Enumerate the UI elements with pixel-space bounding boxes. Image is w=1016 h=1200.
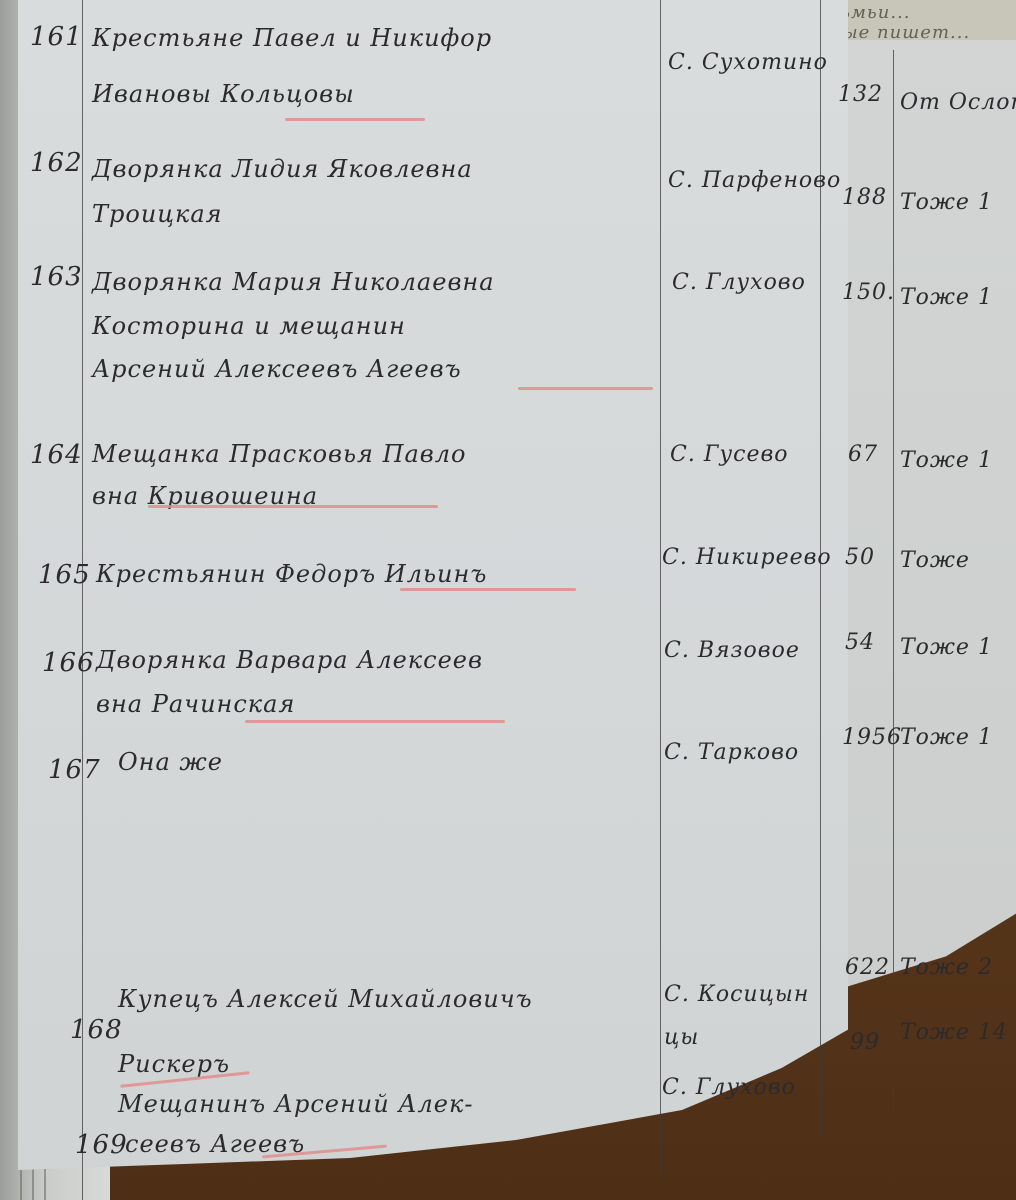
- surname-underline: [148, 505, 438, 508]
- entry-name-line: вна Рачинская: [96, 690, 295, 718]
- entry-name-line: Крестьянин Федоръ Ильинъ: [96, 560, 487, 588]
- entry-name-line: Ивановы Кольцовы: [92, 80, 355, 108]
- entry-count: 1956: [842, 725, 902, 750]
- entry-number: 162: [30, 148, 83, 178]
- entry-number: 169: [75, 1130, 128, 1160]
- entry-place-line2: цы: [664, 1025, 699, 1050]
- entry-number: 165: [38, 560, 91, 590]
- entry-place: С. Гусево: [670, 442, 789, 467]
- entry-count: 188: [842, 185, 887, 210]
- entry-place: С. Вязовое: [664, 638, 800, 663]
- entry-number: 161: [30, 22, 83, 52]
- entry-number: 164: [30, 440, 83, 470]
- entry-name-line: Мещанка Прасковья Павло: [92, 440, 467, 468]
- entry-count: 67: [848, 442, 878, 467]
- entry-name-line: Косторина и мещанин: [92, 312, 406, 340]
- entry-name-line: Крестьяне Павел и Никифор: [92, 24, 492, 52]
- entry-note: Тоже 1: [900, 725, 993, 750]
- entry-number: 168: [70, 1015, 123, 1045]
- entry-count: 54: [845, 630, 875, 655]
- surname-underline: [245, 720, 505, 723]
- entry-name-line: Мещанинъ Арсений Алек-: [118, 1090, 473, 1118]
- entry-name-line: Дворянка Варвара Алексеев: [96, 646, 483, 674]
- entry-name-line: Арсений Алексеевъ Агеевъ: [92, 355, 462, 383]
- entry-name-line: Троицкая: [92, 200, 223, 228]
- entry-count: 50: [845, 545, 875, 570]
- surname-underline: [400, 588, 576, 591]
- entry-count: 99: [850, 1030, 880, 1055]
- entry-name-line: Дворянка Лидия Яковлевна: [92, 155, 473, 183]
- entry-note: Тоже 1: [900, 190, 993, 215]
- entry-note: Тоже: [900, 548, 970, 573]
- entry-place: С. Глухово: [662, 1075, 796, 1100]
- entry-place: С. Парфеново: [668, 168, 841, 193]
- entry-name-line: Рискеръ: [118, 1050, 230, 1078]
- column-rule-name: [660, 0, 661, 1175]
- entry-number: 167: [48, 755, 101, 785]
- entry-note: Тоже 1: [900, 448, 993, 473]
- surname-underline: [518, 387, 653, 390]
- entry-place: С. Сухотино: [668, 50, 828, 75]
- entry-number: 166: [42, 648, 95, 678]
- entry-name-line: Она же: [118, 748, 223, 776]
- entry-note: Тоже 14: [900, 1020, 1008, 1045]
- entry-note: От Ослоп...: [900, 90, 1016, 115]
- surname-underline: [285, 118, 425, 121]
- column-rule-count: [893, 50, 894, 1110]
- entry-note: Тоже 1: [900, 635, 993, 660]
- entry-place: С. Глухово: [672, 270, 806, 295]
- entry-note: Тоже 1: [900, 285, 993, 310]
- entry-count: 622: [845, 955, 890, 980]
- entry-note: Тоже 2: [900, 955, 993, 980]
- entry-name-line: Дворянка Мария Николаевна: [92, 268, 495, 296]
- entry-place: С. Никиреево: [662, 545, 832, 570]
- entry-place: С. Косицын: [664, 982, 809, 1007]
- entry-place: С. Тарково: [664, 740, 799, 765]
- entry-name-line: Купецъ Алексей Михайловичъ: [118, 985, 533, 1013]
- entry-number: 163: [30, 262, 83, 292]
- entry-count: 132: [838, 82, 883, 107]
- entry-count: 150.: [842, 280, 895, 305]
